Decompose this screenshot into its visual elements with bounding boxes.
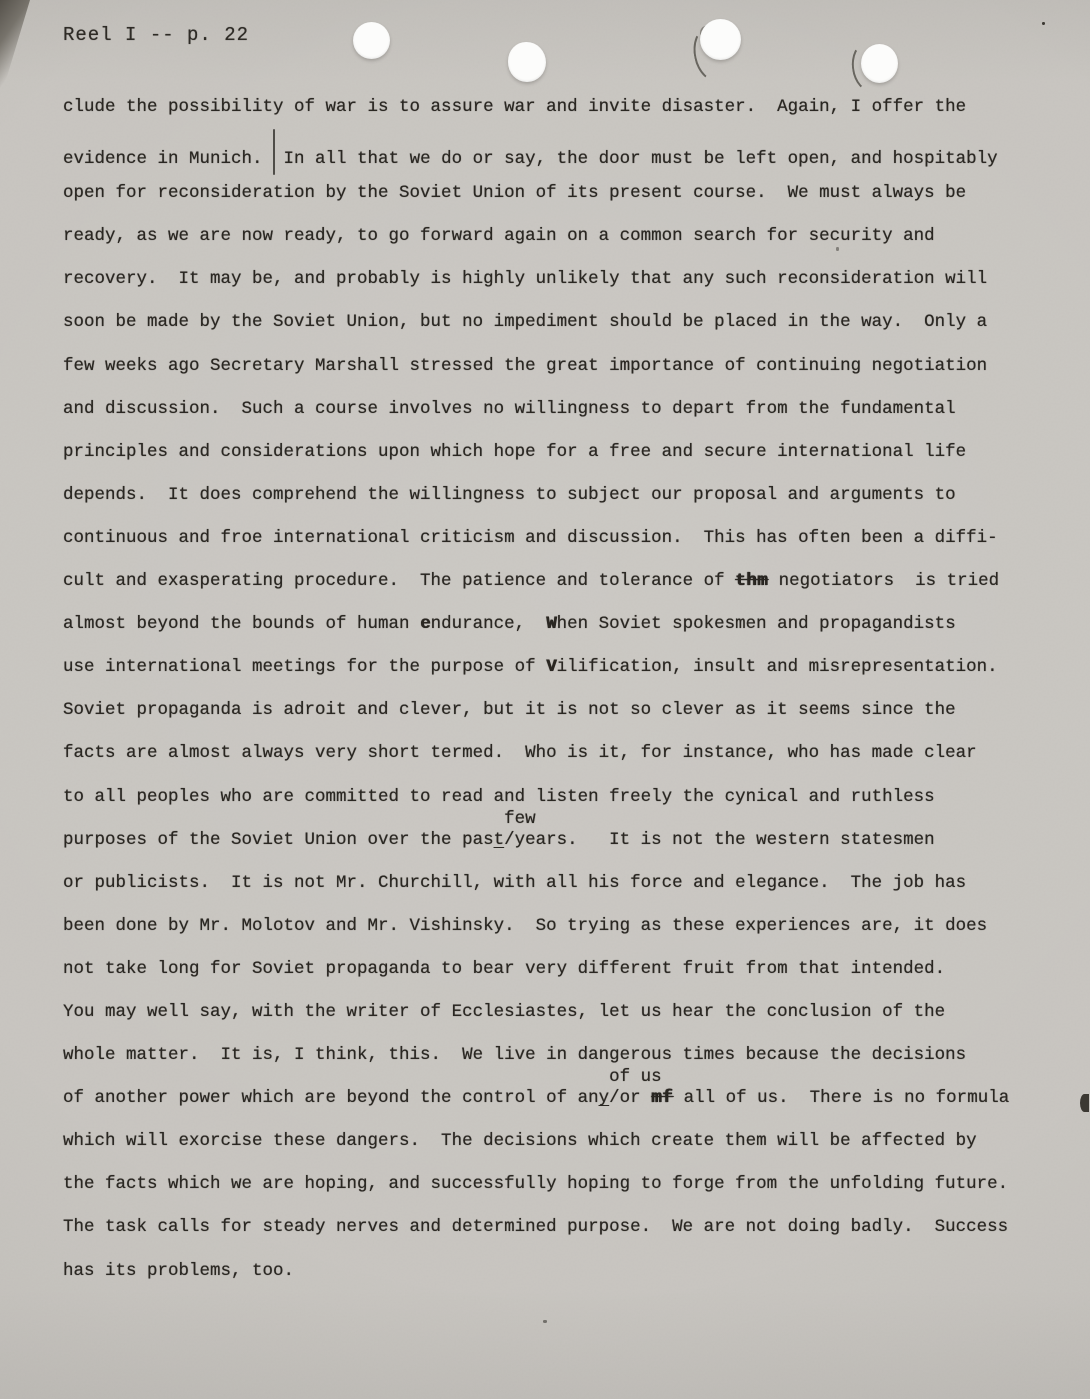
text-segment: negotiators is tried — [768, 571, 999, 591]
scanned-document-page: Reel I -- p. 22 clude the possibility of… — [0, 0, 1090, 1399]
text-segment: ready, as we are now ready, to go forwar… — [63, 226, 935, 246]
text-segment: all of us. There is no formula — [673, 1088, 1009, 1108]
struck-out-word: thm — [735, 571, 768, 591]
text-segment: the facts which we are hoping, and succe… — [63, 1174, 1008, 1194]
text-line: or publicists. It is not Mr. Churchill, … — [63, 862, 1070, 905]
text-line: depends. It does comprehend the willingn… — [63, 474, 1070, 517]
text-line: not take long for Soviet propaganda to b… — [63, 948, 1070, 991]
text-segment: been done by Mr. Molotov and Mr. Vishins… — [63, 916, 987, 936]
text-segment: of another power which are beyond the co… — [63, 1088, 599, 1108]
text-line: been done by Mr. Molotov and Mr. Vishins… — [63, 905, 1070, 948]
text-segment: ndurance, — [431, 614, 547, 634]
text-line: which will exorcise these dangers. The d… — [63, 1120, 1070, 1163]
ink-speck — [1042, 22, 1045, 25]
text-line: The task calls for steady nerves and det… — [63, 1206, 1070, 1249]
text-line: to all peoples who are committed to read… — [63, 776, 1070, 819]
text-segment: depends. It does comprehend the willingn… — [63, 485, 956, 505]
text-line: and discussion. Such a course involves n… — [63, 388, 1070, 431]
scan-corner-shadow — [0, 0, 30, 100]
text-line: the facts which we are hoping, and succe… — [63, 1163, 1070, 1206]
text-line: recovery. It may be, and probably is hig… — [63, 258, 1070, 301]
text-segment: few weeks ago Secretary Marshall stresse… — [63, 356, 987, 376]
text-segment: facts are almost always very short terme… — [63, 743, 977, 763]
document-body: clude the possibility of war is to assur… — [63, 86, 1070, 1293]
text-line: few weeks ago Secretary Marshall stresse… — [63, 345, 1070, 388]
text-segment: purposes of the Soviet Union over the pa… — [63, 830, 494, 850]
text-line: almost beyond the bounds of human endura… — [63, 603, 1070, 646]
text-line: has its problems, too. — [63, 1250, 1070, 1293]
text-segment: use international meetings for the purpo… — [63, 657, 546, 677]
page-header: Reel I -- p. 22 — [63, 24, 249, 46]
text-line: cult and exasperating procedure. The pat… — [63, 560, 1070, 603]
text-segment: open for reconsideration by the Soviet U… — [63, 183, 966, 203]
text-segment: continuous and froe international critic… — [63, 528, 998, 548]
text-segment: clude the possibility of war is to assur… — [63, 97, 966, 117]
text-segment: hen Soviet spokesmen and propagandists — [557, 614, 956, 634]
text-segment: whole matter. It is, I think, this. We l… — [63, 1045, 966, 1065]
text-segment: recovery. It may be, and probably is hig… — [63, 269, 987, 289]
text-line: of another power which are beyond the co… — [63, 1077, 1070, 1120]
overtyped-char: e — [420, 614, 431, 634]
ink-speck — [1080, 1094, 1089, 1112]
text-segment: evidence in Munich. — [63, 149, 263, 169]
text-segment: soon be made by the Soviet Union, but no… — [63, 312, 987, 332]
text-segment: ilification, insult and misrepresentatio… — [557, 657, 998, 677]
text-segment: or publicists. It is not Mr. Churchill, … — [63, 873, 966, 893]
underlined-char: y — [599, 1088, 610, 1108]
overtyped-char: V — [546, 657, 557, 677]
text-segment: principles and considerations upon which… — [63, 442, 966, 462]
underlined-char: t — [494, 830, 505, 850]
ink-speck — [543, 1320, 547, 1323]
text-segment: almost beyond the bounds of human — [63, 614, 420, 634]
overtyped-char: W — [546, 614, 557, 634]
text-line: clude the possibility of war is to assur… — [63, 86, 1070, 129]
text-segment: In all that we do or say, the door must … — [284, 149, 998, 169]
text-line: ready, as we are now ready, to go forwar… — [63, 215, 1070, 258]
hole-punch-icon — [353, 22, 390, 59]
hole-punch-icon — [508, 42, 546, 82]
text-line: whole matter. It is, I think, this. We l… — [63, 1034, 1070, 1077]
hole-punch-icon — [700, 19, 741, 60]
text-segment: and discussion. Such a course involves n… — [63, 399, 956, 419]
text-line: evidence in Munich.In all that we do or … — [63, 129, 1070, 172]
text-segment: cult and exasperating procedure. The pat… — [63, 571, 735, 591]
hole-punch-icon — [861, 44, 898, 83]
struck-out-word: mf — [651, 1088, 673, 1108]
text-line: use international meetings for the purpo… — [63, 646, 1070, 689]
text-segment: Soviet propaganda is adroit and clever, … — [63, 700, 956, 720]
text-segment: /or — [609, 1088, 651, 1108]
text-line: open for reconsideration by the Soviet U… — [63, 172, 1070, 215]
text-line: soon be made by the Soviet Union, but no… — [63, 301, 1070, 344]
text-line: You may well say, with the writer of Ecc… — [63, 991, 1070, 1034]
pen-vertical-stroke — [273, 129, 275, 175]
text-line: principles and considerations upon which… — [63, 431, 1070, 474]
text-line: continuous and froe international critic… — [63, 517, 1070, 560]
text-segment: not take long for Soviet propaganda to b… — [63, 959, 945, 979]
text-segment: to all peoples who are committed to read… — [63, 787, 935, 807]
text-line: purposes of the Soviet Union over the pa… — [63, 819, 1070, 862]
text-line: Soviet propaganda is adroit and clever, … — [63, 689, 1070, 732]
text-segment: has its problems, too. — [63, 1261, 294, 1281]
text-segment: which will exorcise these dangers. The d… — [63, 1131, 977, 1151]
text-line: facts are almost always very short terme… — [63, 732, 1070, 775]
text-segment: /years. It is not the western statesmen — [504, 830, 935, 850]
text-segment: You may well say, with the writer of Ecc… — [63, 1002, 945, 1022]
text-segment: The task calls for steady nerves and det… — [63, 1217, 1008, 1237]
